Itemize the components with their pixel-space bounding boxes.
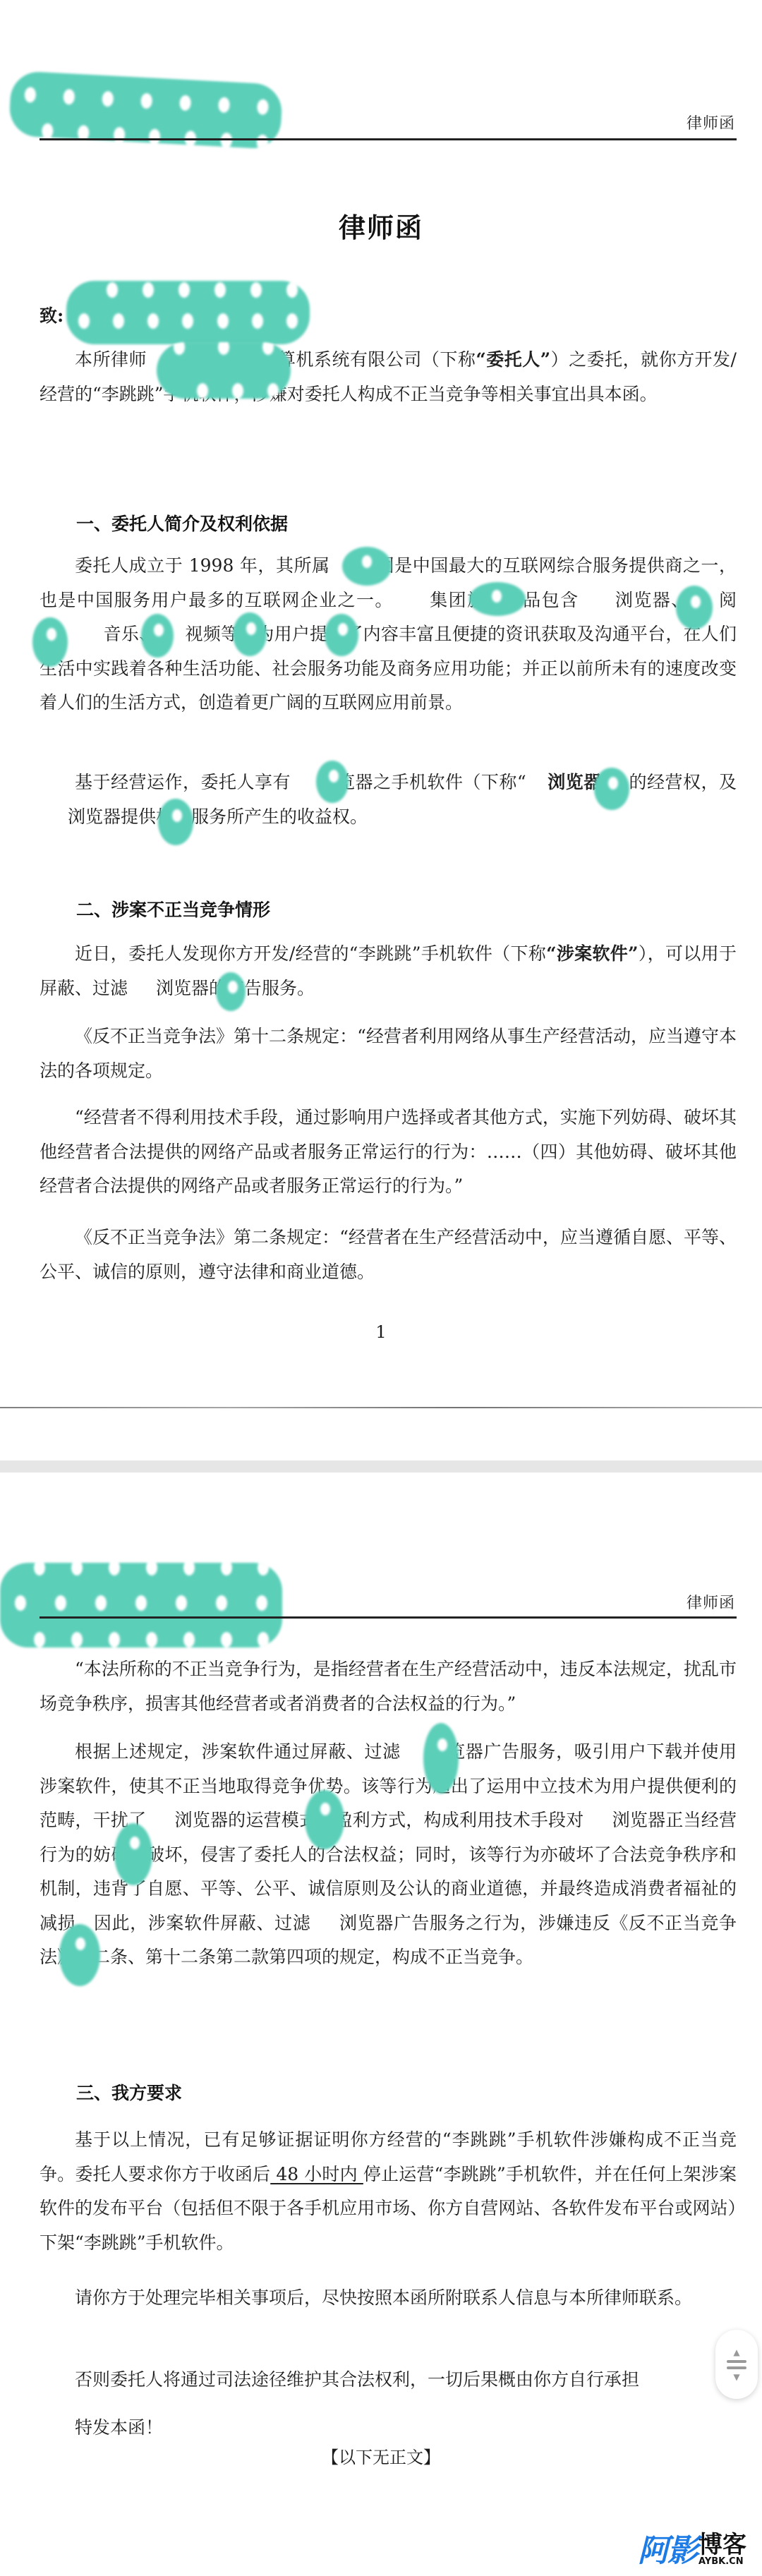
page-number: 1 xyxy=(0,1322,762,1342)
header-label: 律师函 xyxy=(687,1591,735,1613)
redaction-blob-client xyxy=(157,342,291,399)
watermark-logo: 阿影 xyxy=(638,2536,697,2567)
redaction-spot xyxy=(305,1790,344,1849)
intro-paragraph: 本所律师计算机系统有限公司（下称“委托人”）之委托，就你方开发/经营的“李跳跳”… xyxy=(40,343,737,411)
redaction-blob-recipient xyxy=(66,281,310,344)
document-title: 律师函 xyxy=(0,206,762,245)
end-of-text-mark: 【以下无正文】 xyxy=(0,2443,762,2468)
redaction-spot xyxy=(59,1924,100,1986)
quoted-law-paragraph: “本法所称的不正当竞争行为，是指经营者在生产经营活动中，违反本法规定，扰乱市场竞… xyxy=(40,1652,737,1721)
recipient-label: 致: xyxy=(40,302,64,327)
redaction-spot xyxy=(469,582,526,616)
section-2-paragraph-2: 《反不正当竞争法》第十二条规定：“经营者利用网络从事生产经营活动，应当遵守本法的… xyxy=(40,1020,737,1088)
section-2-paragraph-4: 《反不正当竞争法》第二条规定：“经营者在生产经营活动中，应当遵循自愿、平等、公平… xyxy=(40,1221,737,1289)
redaction-spot xyxy=(594,768,629,810)
deadline: 48 小时内 xyxy=(270,2164,363,2184)
header-label: 律师函 xyxy=(687,111,735,133)
redaction-spot xyxy=(114,1823,152,1885)
section-1-heading: 一、委托人简介及权利依据 xyxy=(76,510,288,536)
section-3-paragraph-1: 基于以上情况，已有足够证据证明你方经营的“李跳跳”手机软件涉嫌构成不正当竞争。委… xyxy=(40,2123,737,2260)
redaction-spot xyxy=(32,617,68,667)
section-3-paragraph-3: 否则委托人将通过司法途径维护其合法权利，一切后果概由你方自行承担 xyxy=(40,2363,701,2397)
document-page-2: 律师函 “本法所称的不正当竞争行为，是指经营者在生产经营活动中，违反本法规定，扰… xyxy=(0,1473,762,2576)
page-edge xyxy=(0,1407,762,1408)
redaction-spot xyxy=(325,614,358,656)
scroll-up-icon[interactable]: ▲ xyxy=(733,2348,739,2357)
drag-handle-icon[interactable] xyxy=(727,2366,746,2369)
redaction-spot xyxy=(158,799,193,845)
redaction-spot xyxy=(676,586,713,629)
site-watermark: 阿影 博客 AYBK.CN xyxy=(638,2533,746,2567)
section-2-paragraph-3: “经营者不得利用技术手段，通过影响用户选择或者其他方式，实施下列妨碍、破坏其他经… xyxy=(40,1101,737,1204)
section-2-paragraph-1: 近日，委托人发现你方开发/经营的“李跳跳”手机软件（下称“涉案软件”），可以用于… xyxy=(40,937,737,1005)
closing-line: 特发本函！ xyxy=(40,2411,737,2445)
redaction-spot xyxy=(141,614,174,658)
scroll-widget[interactable]: ▲ ▼ xyxy=(715,2330,758,2399)
header-rule xyxy=(40,138,737,140)
redaction-spot xyxy=(216,972,246,1011)
section-3-paragraph-2: 请你方于处理完毕相关事项后，尽快按照本函所附联系人信息与本所律师联系。 xyxy=(40,2281,737,2316)
header-rule xyxy=(40,1616,737,1619)
scroll-down-icon[interactable]: ▼ xyxy=(733,2373,739,2381)
watermark-url: AYBK.CN xyxy=(698,2557,744,2567)
document-page-1: 律师函 律师函 致: 本所律师计算机系统有限公司（下称“委托人”）之委托，就你方… xyxy=(0,0,762,1461)
section-3-heading: 三、我方要求 xyxy=(76,2079,182,2105)
section-1-paragraph-2: 基于经营运作，委托人享有浏览器之手机软件（下称“浏览器”）的经营权，及浏览器提供… xyxy=(40,766,737,834)
redaction-blob-header xyxy=(0,1563,282,1647)
redaction-spot xyxy=(233,612,267,656)
redaction-spot xyxy=(316,761,349,803)
redaction-spot xyxy=(423,1723,459,1794)
redaction-spot xyxy=(342,547,392,586)
watermark-text: 博客 xyxy=(698,2533,746,2557)
section-2-heading: 二、涉案不正当竞争情形 xyxy=(76,896,270,921)
drag-handle-icon[interactable] xyxy=(727,2360,746,2363)
page-separator xyxy=(0,1461,762,1473)
